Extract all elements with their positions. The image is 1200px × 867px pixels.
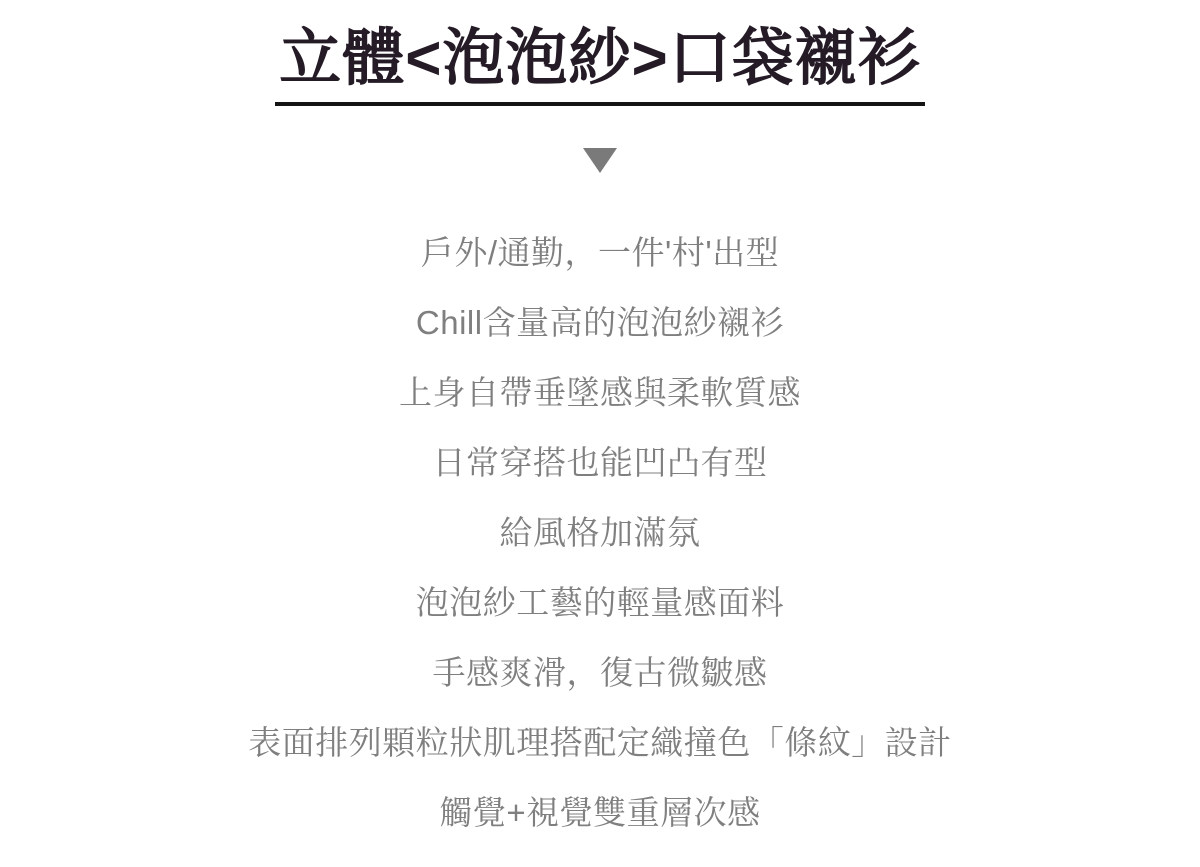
description-line: 表面排列顆粒狀肌理搭配定織撞色「條紋」設計: [0, 708, 1200, 778]
description-line: Chill含量高的泡泡紗襯衫: [0, 288, 1200, 358]
page-title: 立體<泡泡紗>口袋襯衫: [275, 22, 924, 106]
description-line: 泡泡紗工藝的輕量感面料: [0, 568, 1200, 638]
description-list: 戶外/通勤，一件'村'出型 Chill含量高的泡泡紗襯衫 上身自帶垂墜感與柔軟質…: [0, 218, 1200, 848]
triangle-down-icon: [583, 148, 617, 173]
title-section: 立體<泡泡紗>口袋襯衫: [0, 22, 1200, 106]
description-line: 戶外/通勤，一件'村'出型: [0, 218, 1200, 288]
divider-section: [0, 148, 1200, 178]
description-line: 日常穿搭也能凹凸有型: [0, 428, 1200, 498]
description-line: 給風格加滿氛: [0, 498, 1200, 568]
product-description-page: 立體<泡泡紗>口袋襯衫 戶外/通勤，一件'村'出型 Chill含量高的泡泡紗襯衫…: [0, 0, 1200, 867]
description-line: 手感爽滑，復古微皺感: [0, 638, 1200, 708]
description-line: 上身自帶垂墜感與柔軟質感: [0, 358, 1200, 428]
description-line: 觸覺+視覺雙重層次感: [0, 778, 1200, 848]
